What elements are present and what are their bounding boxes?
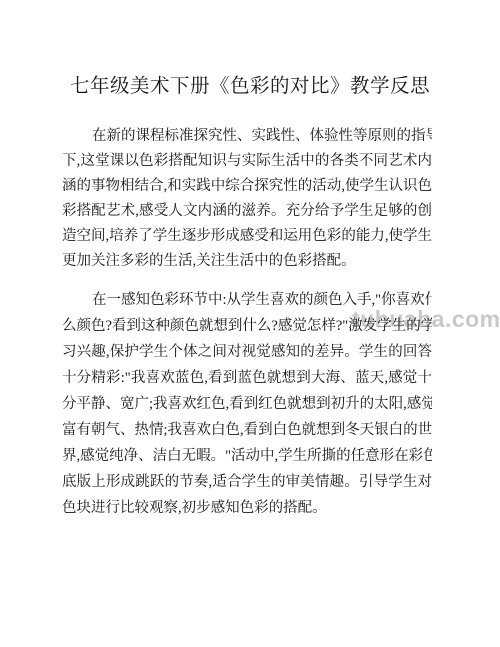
text-line: 涵的事物相结合,和实践中综合探究性的活动,使学生认识色	[62, 174, 432, 199]
text-line: 色块进行比较观察,初步感知色彩的搭配。	[62, 495, 432, 521]
document-page: tuhuaba.com 七年级美术下册《色彩的对比》教学反思 在新的课程标准探究…	[0, 0, 500, 647]
text-line: 分平静、宽广;我喜欢红色,看到红色就想到初升的太阳,感觉	[62, 391, 432, 417]
text-line: 在新的课程标准探究性、实践性、体验性等原则的指导	[62, 124, 432, 149]
paragraph-1: 在新的课程标准探究性、实践性、体验性等原则的指导 下,这堂课以色彩搭配知识与实际…	[62, 124, 432, 274]
text-line: 富有朝气、热情;我喜欢白色,看到白色就想到冬天银白的世	[62, 417, 432, 443]
text-line: 界,感觉纯净、洁白无暇。"活动中,学生所撕的任意形在彩色	[62, 443, 432, 469]
text-line: 十分精彩:"我喜欢蓝色,看到蓝色就想到大海、蓝天,感觉十	[62, 365, 432, 391]
text-line: 么颜色?看到这种颜色就想到什么?感觉怎样?"激发学生的学	[62, 313, 432, 339]
text-line: 彩搭配艺术,感受人文内涵的滋养。充分给予学生足够的创	[62, 199, 432, 224]
paragraph-2: 在一感知色彩环节中:从学生喜欢的颜色入手,"你喜欢什 么颜色?看到这种颜色就想到…	[62, 287, 432, 521]
text-line: 更加关注多彩的生活,关注生活中的色彩搭配。	[62, 249, 432, 274]
text-line: 造空间,培养了学生逐步形成感受和运用色彩的能力,使学生	[62, 224, 432, 249]
page-title: 七年级美术下册《色彩的对比》教学反思	[0, 74, 500, 100]
text-line: 在一感知色彩环节中:从学生喜欢的颜色入手,"你喜欢什	[62, 287, 432, 313]
text-line: 习兴趣,保护学生个体之间对视觉感知的差异。学生的回答	[62, 339, 432, 365]
text-line: 底版上形成跳跃的节奏,适合学生的审美情趣。引导学生对	[62, 469, 432, 495]
text-line: 下,这堂课以色彩搭配知识与实际生活中的各类不同艺术内	[62, 149, 432, 174]
